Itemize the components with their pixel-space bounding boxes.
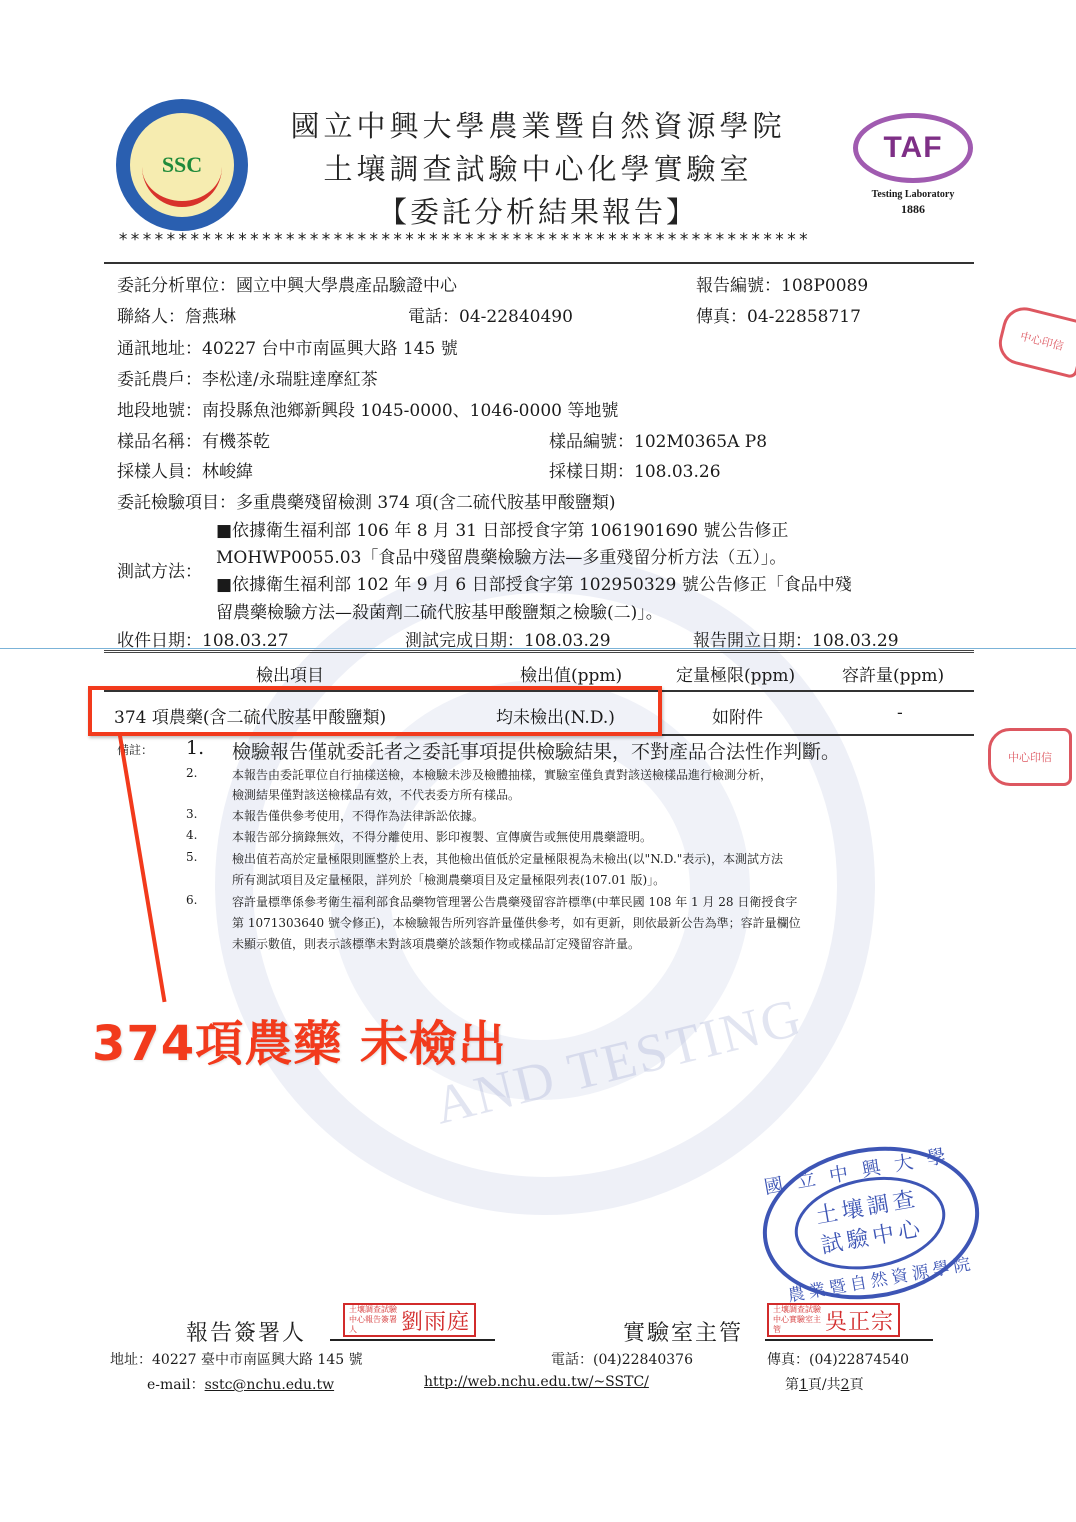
note-text: 檢驗報告僅就委託者之委託事項提供檢驗結果，不對產品合法性作判斷。 bbox=[232, 737, 840, 764]
signer-line bbox=[330, 1339, 495, 1341]
header-loq: 定量極限(ppm) bbox=[676, 661, 795, 686]
footer-page: 第1頁/共2頁 bbox=[785, 1374, 864, 1394]
sample-name: 樣品名稱：有機茶乾 bbox=[117, 427, 270, 452]
note-number: 5. bbox=[186, 850, 197, 864]
row-tolerance: - bbox=[897, 703, 903, 723]
note-number: 3. bbox=[186, 807, 197, 821]
page-current: 1 bbox=[799, 1377, 808, 1393]
row-loq: 如附件 bbox=[712, 703, 763, 728]
footer-address: 地址：40227 臺中市南區興大路 145 號 bbox=[110, 1349, 363, 1369]
sampler: 採樣人員：林峻緯 bbox=[117, 457, 253, 482]
signer-name: 劉雨庭 bbox=[401, 1305, 470, 1336]
center-seal-icon: 國立中興大學 土壤調查 試驗中心 農業暨自然資源學院 bbox=[751, 1130, 992, 1316]
taf-subtitle: Testing Laboratory bbox=[853, 188, 973, 202]
side-seal-middle: 中心印信 bbox=[988, 728, 1072, 786]
email-link[interactable]: sstc@nchu.edu.tw bbox=[205, 1377, 335, 1393]
note-text: 所有測試項目及定量極限，詳列於「檢測農藥項目及定量極限列表(107.01 版)」… bbox=[232, 871, 665, 888]
note-number: 6. bbox=[186, 893, 197, 907]
side-seal-top: 中心印信 bbox=[994, 303, 1076, 380]
taf-number: 1886 bbox=[853, 202, 973, 216]
scan-line bbox=[0, 648, 1076, 649]
footer-email: e-mail：sstc@nchu.edu.tw bbox=[147, 1374, 334, 1394]
star-divider: ****************************************… bbox=[118, 230, 978, 250]
page-suffix: 頁 bbox=[850, 1377, 864, 1393]
callout-text: 374項農藥 未檢出 bbox=[92, 1005, 507, 1074]
divider-top bbox=[104, 262, 974, 264]
note-text: 本報告部分摘錄無效，不得分離使用、影印複製、宣傳廣告或無使用農藥證明。 bbox=[232, 828, 652, 845]
header-item: 檢出項目 bbox=[256, 661, 324, 686]
method-label: 測試方法： bbox=[117, 557, 202, 582]
callout-line bbox=[118, 735, 167, 1002]
taf-brand: TAF bbox=[883, 131, 942, 165]
manager-name: 吳正宗 bbox=[825, 1305, 894, 1336]
note-text: 容許量標準係參考衛生福利部食品藥物管理署公告農藥殘留容許標準(中華民國 108 … bbox=[232, 893, 797, 910]
signer-label: 報告簽署人 bbox=[186, 1316, 306, 1347]
footer-url[interactable]: http://web.nchu.edu.tw/~SSTC/ bbox=[424, 1374, 649, 1390]
manager-label: 實驗室主管 bbox=[623, 1316, 743, 1347]
page-mid: 頁/共 bbox=[808, 1377, 841, 1393]
manager-stamp-title: 土壤調查試驗中心實驗室主管 bbox=[773, 1305, 825, 1335]
highlight-box bbox=[88, 686, 662, 736]
note-text: 未顯示數值，則表示該標準未對該項農藥於該類作物或樣品訂定殘留容許量。 bbox=[232, 935, 640, 952]
signer-stamp-title: 土壤調查試驗中心報告簽署人 bbox=[349, 1305, 401, 1335]
contact-person: 聯絡人：詹燕琳 bbox=[117, 302, 236, 327]
note-text: 檢出值若高於定量極限則匯整於上表，其他檢出值低於定量極限視為未檢出(以"N.D.… bbox=[232, 850, 783, 867]
header-tolerance: 容許量(ppm) bbox=[842, 661, 944, 686]
footer-phone: 電話：(04)22840376 bbox=[551, 1349, 693, 1369]
sample-date: 採樣日期：108.03.26 bbox=[549, 457, 721, 482]
mailing-address: 通訊地址：40227 台中市南區興大路 145 號 bbox=[117, 334, 458, 359]
client-farmer: 委託農戶：李松達/永瑞駐達摩紅茶 bbox=[117, 365, 378, 390]
test-item: 委託檢驗項目：多重農藥殘留檢測 374 項(含二硫代胺基甲酸鹽類) bbox=[117, 488, 616, 513]
note-number: 4. bbox=[186, 828, 197, 842]
signer-stamp: 土壤調查試驗中心報告簽署人 劉雨庭 bbox=[343, 1303, 476, 1337]
taf-caption: Testing Laboratory 1886 bbox=[853, 188, 973, 216]
note-text: 檢測結果僅對該送檢樣品有效，不代表委方所有樣品。 bbox=[232, 786, 520, 803]
method-line-3: ■依據衛生福利部 102 年 9 月 6 日部授食字第 102950329 號公… bbox=[216, 570, 852, 595]
page-total: 2 bbox=[841, 1377, 850, 1393]
taf-logo-icon: TAF bbox=[853, 113, 973, 183]
method-line-1: ■依據衛生福利部 106 年 8 月 31 日部授食字第 1061901690 … bbox=[216, 516, 788, 541]
email-label: e-mail： bbox=[147, 1377, 205, 1393]
client-unit: 委託分析單位：國立中興大學農產品驗證中心 bbox=[117, 271, 457, 296]
manager-stamp: 土壤調查試驗中心實驗室主管 吳正宗 bbox=[767, 1303, 900, 1337]
land-number: 地段地號：南投縣魚池鄉新興段 1045-0000、1046-0000 等地號 bbox=[117, 396, 618, 421]
contact-phone: 電話：04-22840490 bbox=[408, 302, 573, 327]
note-text: 第 1071303640 號令修正)，本檢驗報告所列容許量僅供參考，如有更新，則… bbox=[232, 914, 801, 931]
note-number: 1. bbox=[186, 737, 204, 759]
report-number: 報告編號：108P0089 bbox=[696, 271, 868, 296]
method-line-4: 留農藥檢驗方法—殺菌劑二硫代胺基甲酸鹽類之檢驗(二)」。 bbox=[216, 598, 663, 623]
note-text: 本報告由委託單位自行抽樣送檢，本檢驗未涉及檢體抽樣，實驗室僅負責對該送檢樣品進行… bbox=[232, 766, 772, 783]
footer-fax: 傳真：(04)22874540 bbox=[767, 1349, 909, 1369]
manager-line bbox=[765, 1339, 933, 1341]
divider-results bbox=[104, 650, 974, 656]
side-seal-text: 中心印信 bbox=[1019, 329, 1065, 352]
note-number: 2. bbox=[186, 766, 197, 780]
page-prefix: 第 bbox=[785, 1377, 799, 1393]
side-seal-text: 中心印信 bbox=[1008, 751, 1052, 764]
contact-fax: 傳真：04-22858717 bbox=[696, 302, 861, 327]
note-text: 本報告僅供參考使用，不得作為法律訴訟依據。 bbox=[232, 807, 484, 824]
method-line-2: MOHWP0055.03「食品中殘留農藥檢驗方法—多重殘留分析方法（五）」。 bbox=[216, 543, 786, 568]
header-value: 檢出值(ppm) bbox=[520, 661, 622, 686]
sample-number: 樣品編號：102M0365A P8 bbox=[549, 427, 767, 452]
